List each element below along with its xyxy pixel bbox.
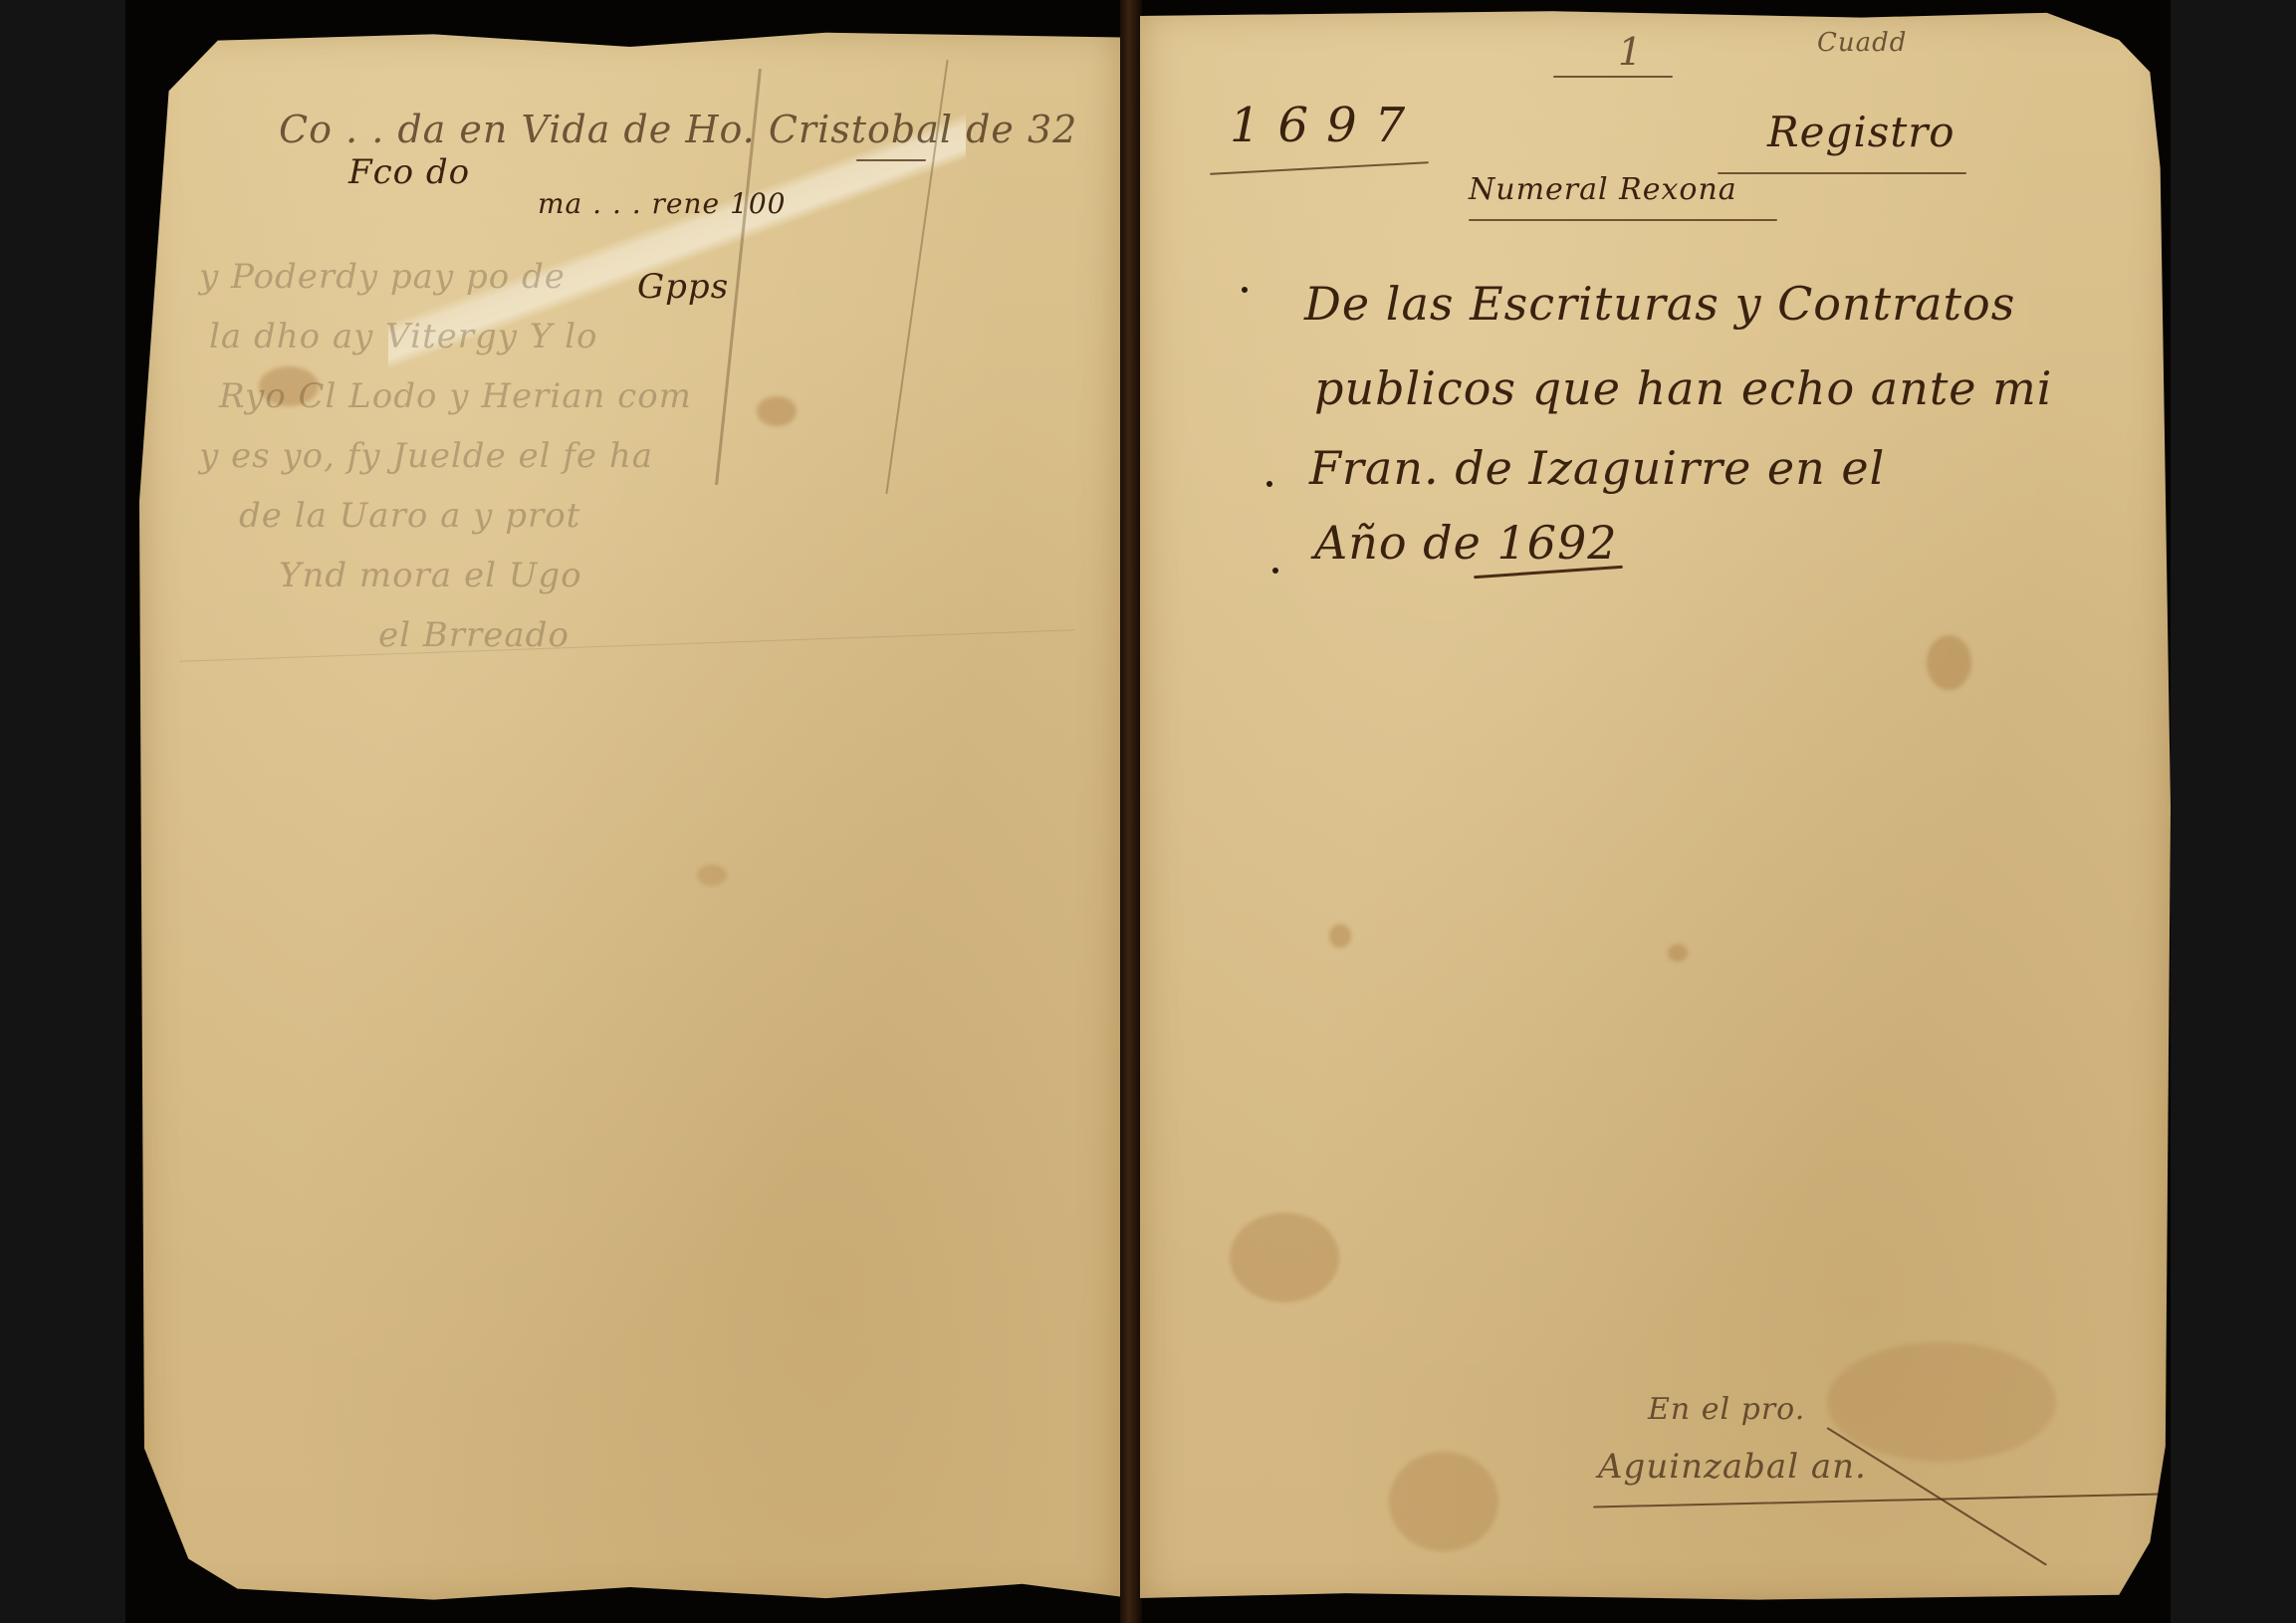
folio-underline (1553, 76, 1673, 78)
bottom-rule (1593, 1492, 2250, 1508)
title-line-1: De las Escrituras y Contratos (1304, 277, 2015, 331)
bleedthrough-line: y es yo, fy Juelde el fe ha (199, 436, 653, 476)
bottom-notation-1: En el pro. (1648, 1392, 1805, 1427)
mold-spotting (2285, 1183, 2296, 1581)
torn-fragment-text: ma . . . rene 100 (538, 187, 786, 220)
stain (1389, 1452, 1498, 1551)
ink-dot (1272, 568, 1278, 574)
header-underline (856, 159, 926, 161)
year-marker: 1697 (1230, 98, 1423, 153)
left-header-line: Co . . da en Vida de Ho. Cristobal de 32 (279, 108, 1077, 151)
bottom-notation-2: Aguinzabal an. (1598, 1447, 1867, 1487)
bleedthrough-line: Ryo Cl Lodo y Herian com (219, 376, 692, 416)
bleedthrough-line: de la Uaro a y prot (239, 496, 580, 536)
bleedthrough-line: el Brreado (378, 615, 570, 655)
top-folio-mark: 1 (1618, 30, 1643, 74)
fold-crease (179, 629, 1074, 661)
bleedthrough-line: y Poderdy pay po de (199, 257, 566, 297)
register-underline (1718, 172, 1966, 174)
title-line-2: publicos que han echo ante mi (1314, 361, 2052, 415)
year-underline (1210, 161, 1429, 175)
bleedthrough-line: la dho ay Vitergy Y lo (209, 317, 597, 356)
subtitle-underline (1469, 219, 1777, 221)
title-line-3: Fran. de Izaguirre en el (1309, 441, 1885, 495)
top-right-annotation: Cuadd (1817, 28, 1907, 58)
subtitle: Numeral Rexona (1469, 172, 1737, 207)
stain (757, 396, 797, 426)
stain (1230, 1213, 1339, 1302)
book-gutter (1120, 0, 1142, 1623)
right-page: 1 Cuadd 1697 Registro Numeral Rexona De … (1140, 8, 2171, 1606)
title-line-4: Año de 1692 (1314, 516, 1618, 570)
register-label: Registro (1767, 108, 1955, 156)
ink-dot (1266, 481, 1272, 487)
stain (1329, 924, 1351, 948)
stain (1927, 635, 1971, 690)
marginal-initials: Fco do (348, 152, 470, 192)
left-page: Co . . da en Vida de Ho. Cristobal de 32… (139, 28, 1120, 1606)
stain (1827, 1342, 2056, 1462)
torn-fragment-text: Gpps (637, 267, 729, 307)
ink-dot (1242, 287, 1248, 293)
stain (1668, 944, 1688, 962)
stain (697, 864, 727, 886)
bleedthrough-line: Ynd mora el Ugo (279, 556, 582, 595)
